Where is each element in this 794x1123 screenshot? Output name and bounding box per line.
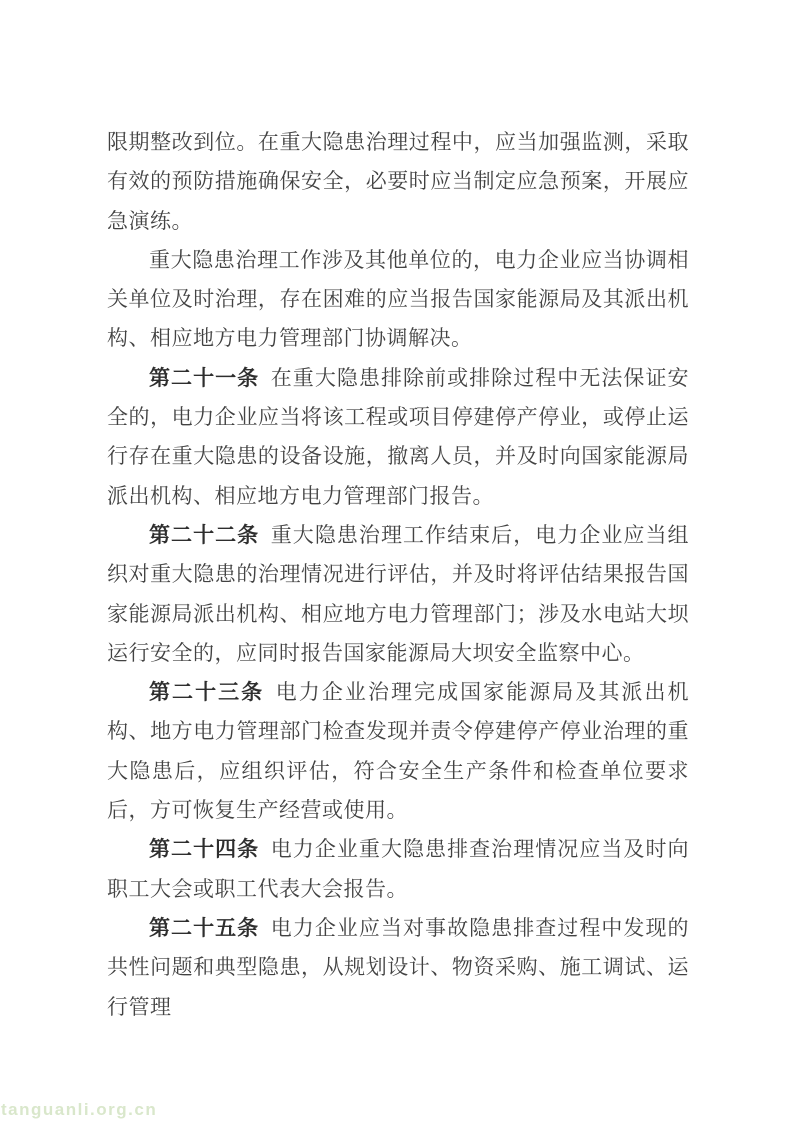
document-text-block: 限期整改到位。在重大隐患治理过程中，应当加强监测，采取有效的预防措施确保安全，必… — [107, 123, 689, 1027]
article-number: 第二十五条 — [149, 916, 259, 940]
article-number: 第二十二条 — [149, 523, 259, 547]
paragraph-text: 重大隐患治理工作涉及其他单位的，电力企业应当协调相关单位及时治理，存在困难的应当… — [107, 248, 689, 351]
watermark: tanguanli.org.cn — [1, 1100, 157, 1120]
paragraph: 重大隐患治理工作涉及其他单位的，电力企业应当协调相关单位及时治理，存在困难的应当… — [107, 241, 689, 359]
article-number: 第二十一条 — [149, 366, 259, 390]
paragraph-text: 限期整改到位。在重大隐患治理过程中，应当加强监测，采取有效的预防措施确保安全，必… — [107, 130, 689, 233]
paragraph: 第二十一条在重大隐患排除前或排除过程中无法保证安全的，电力企业应当将该工程或项目… — [107, 359, 689, 516]
article-number: 第二十三条 — [149, 680, 264, 704]
article-number: 第二十四条 — [149, 837, 259, 861]
paragraph: 限期整改到位。在重大隐患治理过程中，应当加强监测，采取有效的预防措施确保安全，必… — [107, 123, 689, 241]
paragraph: 第二十三条电力企业治理完成国家能源局及其派出机构、地方电力管理部门检查发现并责令… — [107, 673, 689, 830]
document-page: 限期整改到位。在重大隐患治理过程中，应当加强监测，采取有效的预防措施确保安全，必… — [0, 0, 794, 1123]
paragraph: 第二十四条电力企业重大隐患排查治理情况应当及时向职工大会或职工代表大会报告。 — [107, 830, 689, 909]
paragraph: 第二十五条电力企业应当对事故隐患排查过程中发现的共性问题和典型隐患，从规划设计、… — [107, 909, 689, 1027]
paragraph: 第二十二条重大隐患治理工作结束后，电力企业应当组织对重大隐患的治理情况进行评估，… — [107, 516, 689, 673]
